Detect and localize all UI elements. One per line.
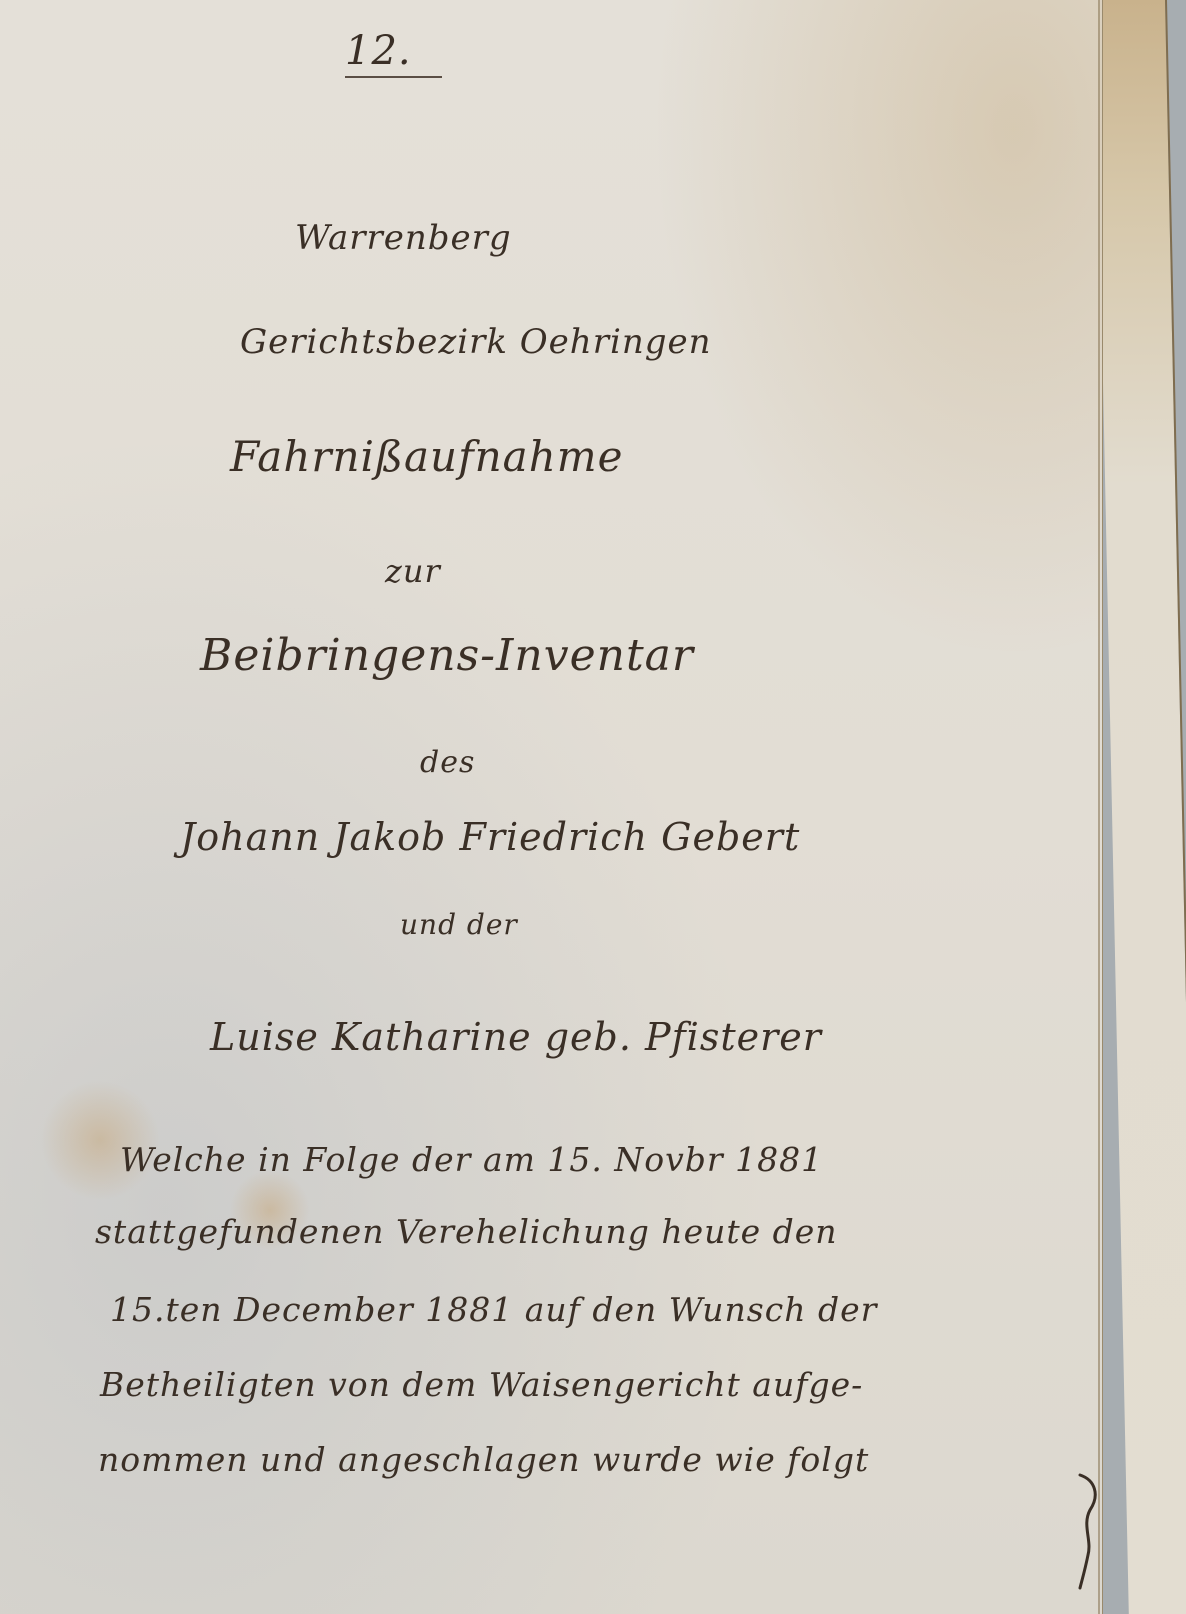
photo-scene: 12. Warrenberg Gerichtsbezirk Oehringen … (0, 0, 1186, 1614)
page-fold-line (1098, 0, 1100, 1614)
body-line: Welche in Folge der am 15. Novbr 1881 (120, 1140, 823, 1179)
body-line: nommen und angeschlagen wurde wie folgt (98, 1440, 869, 1479)
connector-und-der: und der (400, 908, 518, 941)
connector-des: des (420, 745, 475, 780)
body-line: stattgefundenen Verehelichung heute den (95, 1212, 838, 1251)
groom-name: Johann Jakob Friedrich Gebert (180, 815, 800, 859)
bride-name: Luise Katharine geb. Pfisterer (210, 1015, 822, 1059)
page-number: 12. (345, 28, 442, 78)
court-district: Gerichtsbezirk Oehringen (240, 322, 712, 362)
body-line: Betheiligten von dem Waisengericht aufge… (100, 1365, 863, 1404)
connector-zur: zur (385, 552, 441, 590)
closing-flourish-icon (1070, 1470, 1110, 1590)
body-line: 15.ten December 1881 auf den Wunsch der (110, 1290, 877, 1329)
document-title: Fahrnißaufnahme (230, 432, 623, 481)
inventory-title: Beibringens-Inventar (200, 630, 694, 681)
underlying-page-edge (1095, 0, 1186, 1614)
manuscript-page: 12. Warrenberg Gerichtsbezirk Oehringen … (0, 0, 1103, 1614)
place-name: Warrenberg (295, 218, 512, 258)
